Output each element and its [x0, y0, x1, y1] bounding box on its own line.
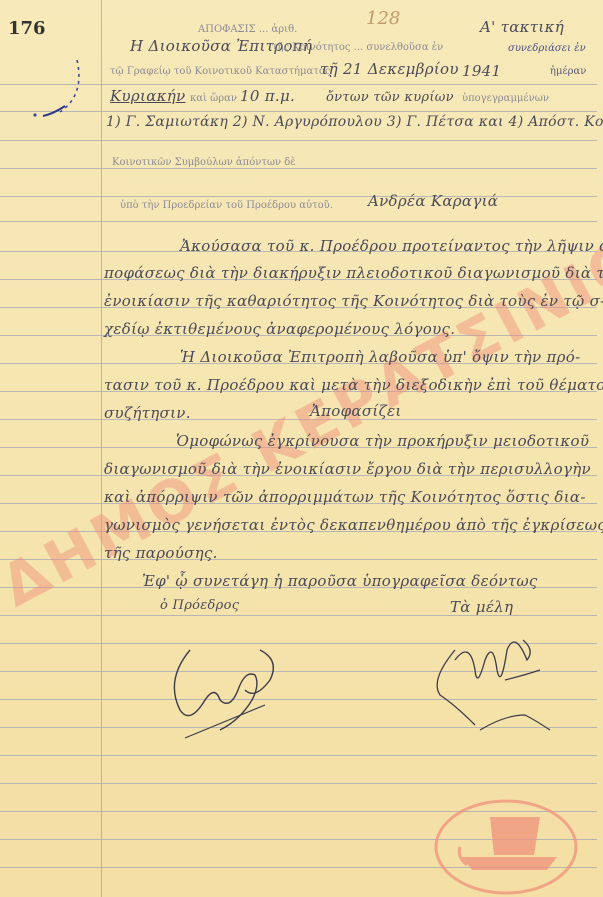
present-members-hand: ὄντων τῶν κυρίων — [326, 90, 454, 105]
printed-office: τῷ Γραφείῳ τοῦ Κοινοτικοῦ Καταστήματος — [110, 66, 330, 77]
printed-signed: ὑπογεγραμμένων — [462, 93, 549, 104]
ruled-line — [0, 196, 597, 197]
resolution-line-1: Ὁμοφώνως ἐγκρίνουσα τὴν προκήρυξιν μειοδ… — [176, 432, 589, 450]
ruled-line — [0, 168, 597, 169]
closing-line: Ἐφ' ᾧ συνετάγη ἡ παροῦσα ὑπογραφεῖσα δεό… — [142, 572, 538, 590]
resolution-line-2: διαγωνισμοῦ διὰ τὴν ἐνοικίασιν ἔργου διὰ… — [104, 460, 591, 478]
president-label: ὁ Πρόεδρος — [160, 598, 239, 613]
decides-heading: Ἀποφασίζει — [310, 402, 402, 420]
printed-hour: καὶ ὥραν — [190, 93, 237, 104]
members-signatures — [415, 620, 565, 740]
printed-absent: Κοινοτικῶν Συμβούλων ἀπόντων δὲ — [112, 157, 296, 168]
ruled-line — [0, 783, 597, 784]
ruled-line — [0, 84, 597, 85]
body-line-6: τασιν τοῦ κ. Προέδρου καὶ μετὰ τὴν διεξο… — [104, 376, 603, 394]
ruled-line — [0, 140, 597, 141]
ruled-line — [0, 221, 597, 222]
resolution-line-3: καὶ ἀπόρριψιν τῶν ἀπορριμμάτων τῆς Κοινό… — [104, 488, 586, 506]
meeting-day: Κυριακήν — [110, 87, 186, 105]
resolution-line-4: γωνισμὸς γενήσεται ἐντὸς δεκαπενθημέρου … — [104, 516, 603, 534]
printed-convened: συνεδριάσει ἐν — [508, 43, 586, 54]
body-line-3: ἐνοικίασιν τῆς καθαριότητος τῆς Κοινότητ… — [104, 292, 603, 310]
printed-day: ἡμέραν — [550, 66, 586, 77]
session-type: Α' τακτική — [480, 18, 564, 36]
meeting-year: 1941 — [462, 62, 501, 80]
page-number: 176 — [8, 18, 46, 39]
margin-line — [101, 0, 102, 897]
meeting-time: 10 π.μ. — [240, 87, 295, 105]
document-page: ΔΗΜΟΣ ΚΕΡΑΤΣΙΝΙΟΥ ΔΡΑΠΕΤΣΩΝΑΣ 176 128 ΑΠ… — [0, 0, 603, 897]
body-line-5: Ἡ Διοικοῦσα Ἐπιτροπὴ λαβοῦσα ὑπ' ὄψιν τὴ… — [180, 348, 580, 366]
body-line-7: συζήτησιν. — [104, 404, 191, 422]
ship-stamp-icon — [432, 795, 580, 895]
meeting-date: τῇ 21 Δεκεμβρίου — [320, 60, 459, 78]
folio-number: 128 — [366, 8, 400, 29]
president-signature — [160, 630, 290, 740]
printed-community: τῆς Κοινότητος ... συνελθοῦσα ἐν — [272, 42, 443, 53]
members-label: Τὰ μέλη — [450, 598, 513, 616]
printed-decision-number: ΑΠΟΦΑΣΙΣ ... ἀριθ. — [198, 24, 297, 35]
body-line-1: Ἀκούσασα τοῦ κ. Προέδρου προτείναντος τὴ… — [180, 237, 603, 255]
body-line-4: χεδίῳ ἐκτιθεμένους ἀναφερομένους λόγους. — [104, 320, 455, 338]
resolution-line-5: τῆς παρούσης. — [104, 544, 218, 562]
ruled-line — [0, 111, 597, 112]
body-line-2: ποφάσεως διὰ τὴν διακήρυξιν πλειοδοτικοῦ… — [104, 264, 603, 282]
printed-chair: ὑπὸ τὴν Προεδρείαν τοῦ Προέδρου αὐτοῦ. — [120, 200, 333, 211]
members-list: 1) Γ. Σαμιωτάκη 2) Ν. Αργυρόπουλου 3) Γ.… — [106, 114, 603, 130]
ruled-line — [0, 755, 597, 756]
blue-stamp-icon — [15, 40, 85, 120]
chairman-name: Ανδρέα Καραγιά — [368, 192, 498, 210]
